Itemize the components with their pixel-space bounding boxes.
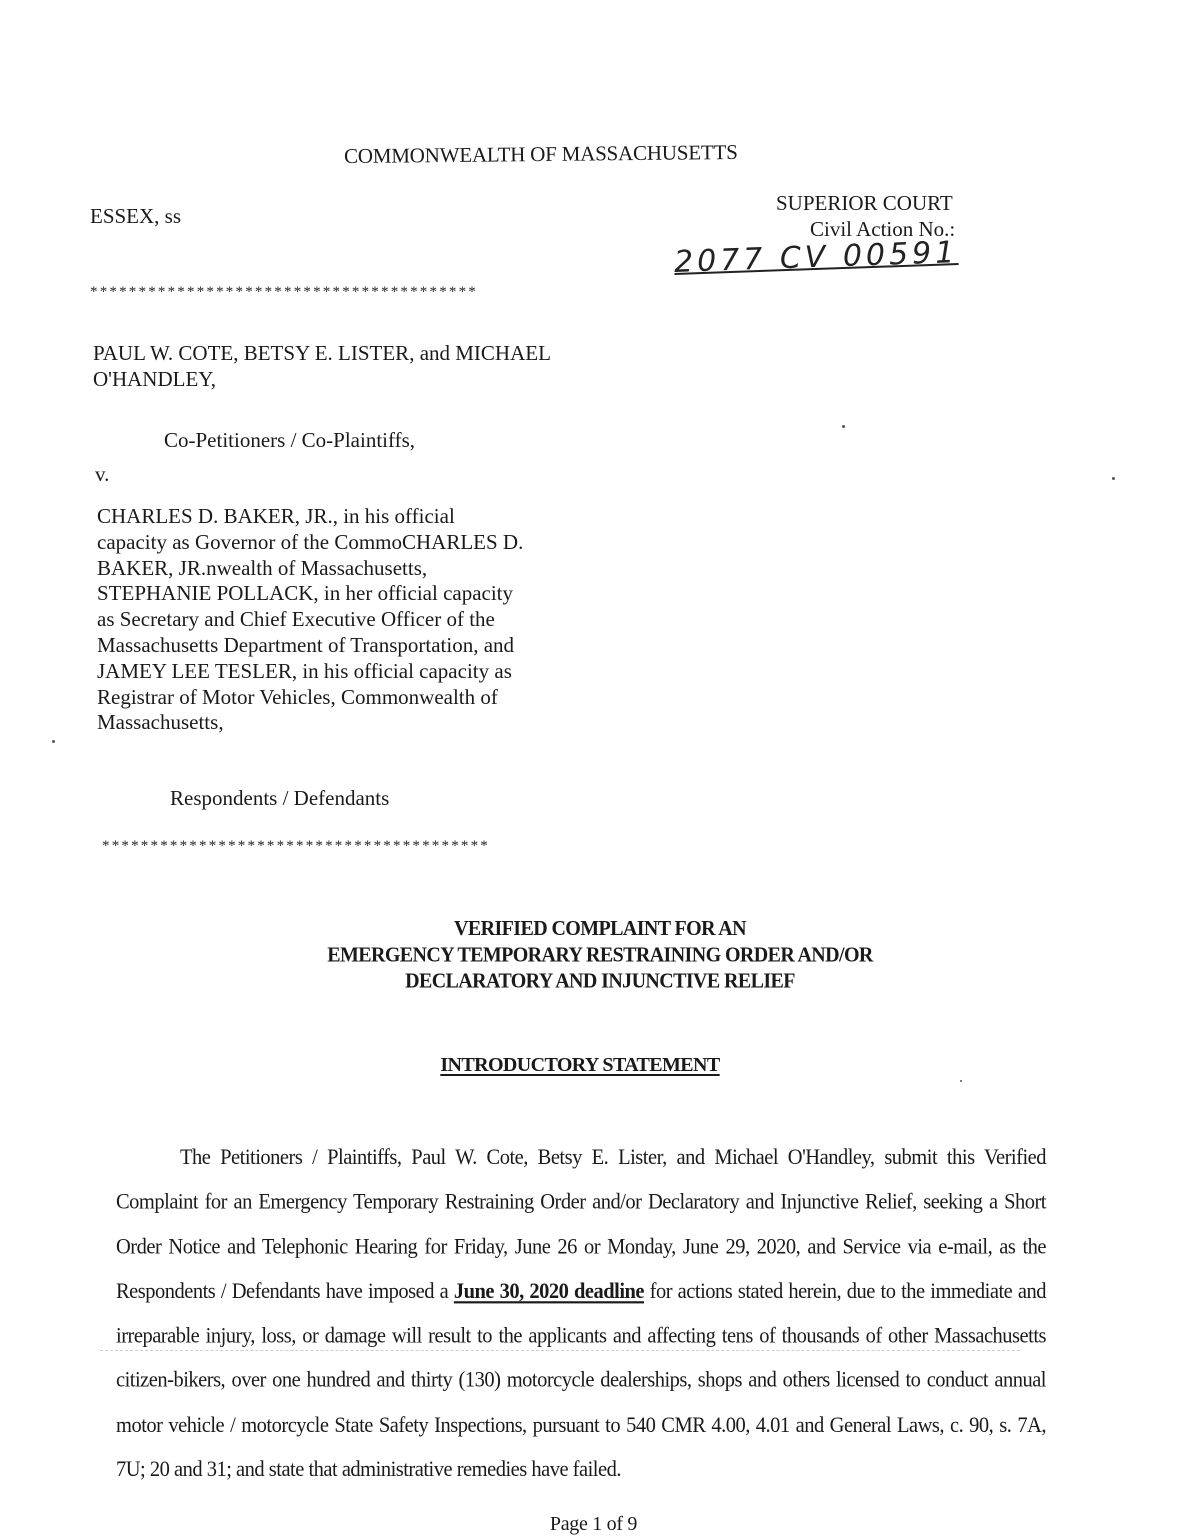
plaintiffs-role: Co-Petitioners / Co-Plaintiffs, xyxy=(164,428,415,453)
scan-speck xyxy=(842,425,845,428)
defendants-role: Respondents / Defendants xyxy=(170,786,389,811)
court-name: SUPERIOR COURT xyxy=(776,191,953,215)
title-line: EMERGENCY TEMPORARY RESTRAINING ORDER AN… xyxy=(200,942,1000,968)
title-line: VERIFIED COMPLAINT FOR AN xyxy=(200,916,1000,942)
defendants-line: Registrar of Motor Vehicles, Commonwealt… xyxy=(97,685,567,711)
defendants-names: CHARLES D. BAKER, JR., in his official c… xyxy=(97,504,567,736)
scan-speck xyxy=(1112,477,1115,480)
defendants-line: Massachusetts Department of Transportati… xyxy=(97,633,567,659)
jurisdiction-heading: COMMONWEALTH OF MASSACHUSETTS xyxy=(344,140,738,169)
county-label: ESSEX, ss xyxy=(90,204,181,229)
defendants-line: BAKER, JR.nwealth of Massachusetts, xyxy=(97,556,567,582)
defendants-line: Massachusetts, xyxy=(97,710,567,736)
scan-speck xyxy=(960,1080,962,1082)
handwritten-case-number: 2077 CV 00591 xyxy=(673,235,958,280)
versus-label: v. xyxy=(95,462,109,487)
scan-speck xyxy=(52,740,55,743)
defendants-line: CHARLES D. BAKER, JR., in his official xyxy=(97,504,567,530)
deadline-emphasis: June 30, 2020 deadline xyxy=(454,1280,644,1304)
court-block: SUPERIOR COURT Civil Action No.: xyxy=(776,190,955,242)
caption-separator-top: **************************************** xyxy=(90,284,478,301)
caption-separator-bottom: **************************************** xyxy=(102,838,490,855)
title-line: DECLARATORY AND INJUNCTIVE RELIEF xyxy=(200,969,1000,995)
introductory-paragraph: The Petitioners / Plaintiffs, Paul W. Co… xyxy=(116,1136,1046,1493)
page-number: Page 1 of 9 xyxy=(0,1513,1187,1536)
defendants-line: as Secretary and Chief Executive Officer… xyxy=(97,607,567,633)
section-heading: INTRODUCTORY STATEMENT xyxy=(200,1054,960,1077)
defendants-line: capacity as Governor of the CommoCHARLES… xyxy=(97,530,567,556)
defendants-line: STEPHANIE POLLACK, in her official capac… xyxy=(97,581,567,607)
plaintiffs-names: PAUL W. COTE, BETSY E. LISTER, and MICHA… xyxy=(93,340,563,392)
defendants-line: JAMEY LEE TESLER, in his official capaci… xyxy=(97,659,567,685)
document-title: VERIFIED COMPLAINT FOR AN EMERGENCY TEMP… xyxy=(200,916,1000,995)
